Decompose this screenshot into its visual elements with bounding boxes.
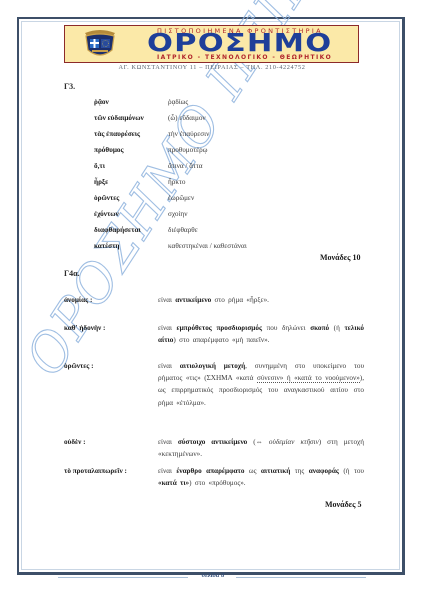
shield-emblem-icon — [83, 28, 117, 60]
text-fragment: που δηλώνει — [262, 324, 310, 332]
definition-term: καθ' ἡδονὴν : — [64, 322, 105, 334]
points-g4a: Μονάδες 5 — [325, 500, 362, 509]
text-fragment: στο ρήμα «ἦρξε». — [211, 296, 269, 304]
vocab-answer: διέφθαρθε — [168, 224, 198, 236]
bold-term: εμπρόθετος προσδιορισμός — [177, 324, 262, 332]
page-number: σελίδα 8 — [192, 572, 234, 579]
text-fragment: σύνεσιν» ή «κατά το νοούμενον» — [257, 374, 360, 383]
vocab-term: ὁρῶντες — [94, 192, 168, 204]
definition-row: ἀνομίας :είναι αντικείμενο στο ρήμα «ἦρξ… — [64, 294, 364, 306]
definition-term: ἀνομίας : — [64, 294, 92, 306]
vocab-row: ἦρξεἦρκτο — [94, 176, 185, 188]
vocab-answer: τὴν ἐπαύρεσιν — [168, 128, 209, 140]
bold-term: έναρθρο απαρέμφατο — [176, 467, 244, 475]
vocab-answer: (ὦ) εὔδαιμον — [168, 112, 206, 124]
logo-subtitle: ΙΑΤΡΙΚΟ - ΤΕΧΝΟΛΟΓΙΚΟ - ΘΕΩΡΗΤΙΚΟ — [157, 54, 332, 61]
text-fragment: της — [290, 467, 308, 475]
logo-banner: ΠΙΣΤΟΠΟΙΗΜΕΝΑ ΦΡΟΝΤΙΣΤΗΡΙΑ ΟΡΟΣΗΜΟ ΙΑΤΡΙ… — [64, 25, 359, 63]
vocab-row: τῶν εὐδαιμόνων(ὦ) εὔδαιμον — [94, 112, 206, 124]
definition-term: οὐδὲν : — [64, 436, 86, 448]
definition-row: ὁρῶντες :είναι αιτιολογική μετοχή, συνημ… — [64, 360, 364, 409]
text-fragment: ) στο «πρόθυμος». — [189, 479, 245, 487]
definition-row: τὸ προταλαιπωρεῖν :είναι έναρθρο απαρέμφ… — [64, 465, 364, 489]
vocab-answer: καθεστηκέναι / καθεστάναι — [168, 240, 247, 252]
definition-row: καθ' ἡδονὴν :είναι εμπρόθετος προσδιορισ… — [64, 322, 364, 346]
footer-rule-right — [236, 577, 366, 578]
vocab-row: πρόθυμοςπροθυμοτέρῳ — [94, 144, 207, 156]
definition-row: οὐδὲν :είναι σύστοιχο αντικείμενο (⇔ οὐδ… — [64, 436, 364, 460]
text-fragment: είναι — [158, 438, 178, 446]
text-fragment: ) στο απαρέμφατο «μὴ παιεῖν». — [173, 336, 269, 344]
bold-term: αναφοράς — [309, 467, 339, 475]
vocab-row: τὰς ἐπαυρέσειςτὴν ἐπαύρεσιν — [94, 128, 209, 140]
definition-term: ὁρῶντες : — [64, 360, 94, 372]
vocab-row: ὁρῶντεςἑωρῶμεν — [94, 192, 194, 204]
page-footer: σελίδα 8 — [58, 572, 366, 582]
definition-text: είναι αιτιολογική μετοχή, συνημμένη στο … — [158, 360, 364, 409]
section-heading-g3: Γ3. — [64, 82, 75, 91]
italic-term: οὐδεμίαν κτῆσιν — [269, 438, 319, 446]
vocab-answer: ἑωρῶμεν — [168, 192, 194, 204]
vocab-term: ῥᾷον — [94, 96, 168, 108]
vocab-answer: ἅτινα / ἅττα — [168, 160, 203, 172]
definition-term: τὸ προταλαιπωρεῖν : — [64, 465, 127, 477]
text-fragment: είναι — [158, 467, 176, 475]
definition-text: είναι σύστοιχο αντικείμενο (⇔ οὐδεμίαν κ… — [158, 436, 364, 460]
logo-brand-name: ΟΡΟΣΗΜΟ — [147, 30, 332, 55]
text-fragment: ως — [244, 467, 260, 475]
vocab-term: διαφθαρήσεται — [94, 224, 168, 236]
vocab-term: τὰς ἐπαυρέσεις — [94, 128, 168, 140]
bold-term: σκοπό — [310, 324, 329, 332]
vocab-term: ἦρξε — [94, 176, 168, 188]
section-heading-g4a: Γ4α. — [64, 269, 80, 278]
vocab-answer: σχοίην — [168, 208, 187, 220]
vocab-row: κατέστηκαθεστηκέναι / καθεστάναι — [94, 240, 247, 252]
vocab-row: ἐχόντωνσχοίην — [94, 208, 187, 220]
text-fragment: (ή — [329, 324, 344, 332]
text-fragment: είναι — [158, 324, 177, 332]
vocab-term: κατέστη — [94, 240, 168, 252]
vocab-answer: ἦρκτο — [168, 176, 185, 188]
vocab-term: πρόθυμος — [94, 144, 168, 156]
text-fragment: (⇔ — [247, 438, 269, 446]
vocab-term: ἐχόντων — [94, 208, 168, 220]
vocab-term: τῶν εὐδαιμόνων — [94, 112, 168, 124]
bold-term: αιτιατική — [261, 467, 290, 475]
footer-rule-left — [58, 577, 188, 578]
document-content: ΠΙΣΤΟΠΟΙΗΜΕΝΑ ΦΡΟΝΤΙΣΤΗΡΙΑ ΟΡΟΣΗΜΟ ΙΑΤΡΙ… — [0, 0, 424, 600]
bold-term: σύστοιχο αντικείμενο — [178, 438, 247, 446]
bold-term: «κατά τι» — [158, 479, 189, 487]
vocab-term: ὅ,τι — [94, 160, 168, 172]
definition-text: είναι έναρθρο απαρέμφατο ως αιτιατική τη… — [158, 465, 364, 489]
vocab-answer: ῥᾳδίως — [168, 96, 188, 108]
text-fragment: (ή του — [339, 467, 364, 475]
points-g3: Μονάδες 10 — [320, 253, 361, 262]
vocab-row: ὅ,τιἅτινα / ἅττα — [94, 160, 203, 172]
definition-text: είναι εμπρόθετος προσδιορισμός που δηλών… — [158, 322, 364, 346]
bold-term: αιτιολογική μετοχή — [180, 362, 245, 370]
vocab-row: διαφθαρήσεταιδιέφθαρθε — [94, 224, 198, 236]
definition-text: είναι αντικείμενο στο ρήμα «ἦρξε». — [158, 294, 364, 306]
bold-term: αντικείμενο — [175, 296, 211, 304]
address-line: ΑΓ. ΚΩΝΣΤΑΝΤΙΝΟΥ 11 – ΠΕΙΡΑΙΑΣ – ΤΗΛ. 21… — [0, 64, 424, 71]
vocab-row: ῥᾷονῥᾳδίως — [94, 96, 188, 108]
text-fragment: είναι — [158, 362, 180, 370]
text-fragment: είναι — [158, 296, 175, 304]
vocab-answer: προθυμοτέρῳ — [168, 144, 207, 156]
